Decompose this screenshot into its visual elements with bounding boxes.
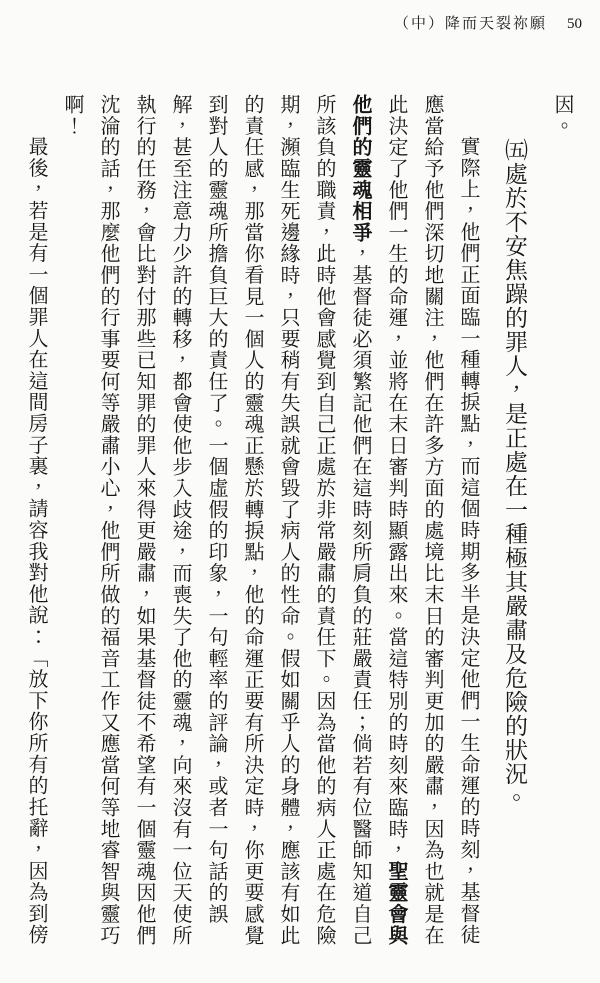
section-heading: ㈤處於不安焦躁的罪人，是正處在一種極其嚴肅及危險的狀況。 bbox=[486, 94, 542, 950]
text-block: 因。 ㈤處於不安焦躁的罪人，是正處在一種極其嚴肅及危險的狀況。 實際上，他們正面… bbox=[18, 94, 582, 950]
book-page: （中）降而天裂祢願 50 因。 ㈤處於不安焦躁的罪人，是正處在一種極其嚴肅及危險… bbox=[0, 0, 600, 983]
paragraph-closing: 最後，若是有一個罪人在這間房子裏，請容我對他說：「放下你所有的托辭，因為到傍 bbox=[18, 94, 54, 950]
book-title: （中）降而天裂祢願 bbox=[394, 12, 547, 33]
text-run: 實際上，他們正面臨一種轉捩點，而這個時期多半是決定他們一生命運的時刻，基督徒應當… bbox=[385, 94, 479, 946]
paragraph-continuation: 因。 bbox=[542, 94, 582, 950]
running-head: （中）降而天裂祢願 50 bbox=[394, 12, 582, 33]
paragraph-main: 實際上，他們正面臨一種轉捩點，而這個時期多半是決定他們一生命運的時刻，基督徒應當… bbox=[54, 94, 486, 950]
page-number: 50 bbox=[567, 16, 582, 33]
text-run: ，基督徒必須繁記他們在這時刻所肩負的莊嚴責任；倘若有位醫師知道自己所該負的職責，… bbox=[61, 94, 371, 946]
